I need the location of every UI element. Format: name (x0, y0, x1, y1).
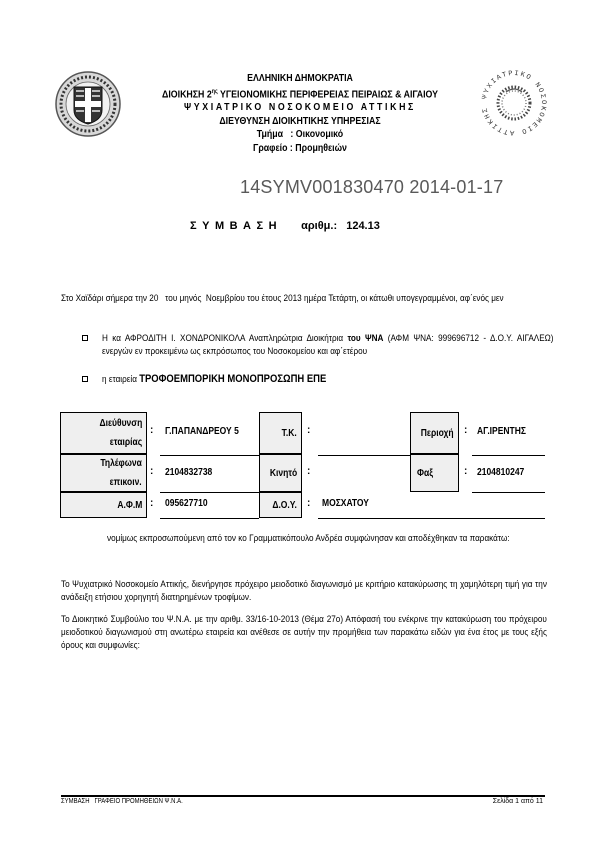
hospital-seal-icon: ΨΥΧΙΑΤΡΙΚΟ ΝΟΣΟΚΟΜΕΙΟ ΑΤΤΙΚΗΣ ✲ (478, 66, 550, 140)
bullet-square-icon (82, 376, 88, 382)
header-country: ΕΛΛΗΝΙΚΗ ΔΗΜΟΚΡΑΤΙΑ (142, 72, 459, 86)
vat-label-text: Α.Φ.Μ (117, 496, 142, 515)
row1-underline-address (160, 455, 259, 456)
party-hospital-bold: του ΨΝΑ (347, 333, 383, 344)
contract-title-word: ΣΥΜΒΑΣΗ (190, 220, 282, 232)
area-value: ΑΓ.ΙΡΕΝΤΗΣ (477, 426, 526, 437)
header-health-region-pre: ΔΙΟΙΚΗΣΗ 2 (162, 89, 212, 100)
ada-code: 14SYMV001830470 2014-01-17 (240, 177, 503, 198)
address-label-line1: Διεύθυνση (99, 414, 142, 433)
document-header: ΕΛΛΗΝΙΚΗ ΔΗΜΟΚΡΑΤΙΑ ΔΙΟΙΚΗΣΗ 2ης ΥΓΕΙΟΝΟ… (120, 72, 480, 155)
vat-value: 095627710 (165, 498, 208, 509)
area-label: Περιοχή (410, 412, 459, 454)
party-company-pre: η εταιρεία (102, 374, 139, 385)
postcode-colon: : (307, 425, 310, 436)
footer-left-text: ΣΥΜΒΑΣΗ ΓΡΑΦΕΙΟ ΠΡΟΜΗΘΕΙΩΝ Ψ.Ν.Α. (61, 798, 183, 805)
postcode-label: Τ.Κ. (259, 412, 302, 454)
header-department: Τμήμα : Οικονομικό (142, 128, 459, 142)
tax-office-colon: : (307, 498, 310, 509)
fax-label-text: Φαξ (417, 464, 433, 483)
phone-colon: : (150, 466, 153, 477)
intro-paragraph: Στο Χαϊδάρι σήμερα την 20 του μηνός Νοεμ… (61, 292, 547, 305)
party-hospital-text: Η κα ΑΦΡΟΔΙΤΗ Ι. ΧΟΝΔΡΟΝΙΚΟΛΑ Αναπληρώτρ… (102, 332, 554, 358)
phone-label-line1: Τηλέφωνα (100, 454, 142, 473)
footer-divider (61, 795, 545, 797)
header-directorate: ΔΙΕΥΘΥΝΣΗ ΔΙΟΙΚΗΤΙΚΗΣ ΥΠΗΡΕΣΙΑΣ (142, 115, 459, 129)
contract-number-label: αριθμ.: (301, 220, 337, 232)
fax-label: Φαξ (410, 454, 459, 492)
decision-paragraph: Το Διοικητικό Συμβούλιο του Ψ.Ν.Α. με τη… (61, 613, 547, 652)
row3-underline-vat (160, 518, 259, 519)
phone-label-line2: επικοιν. (110, 473, 142, 492)
tax-office-label: Δ.Ο.Υ. (259, 492, 302, 518)
fax-colon: : (464, 466, 467, 477)
row1-underline-postcode (318, 455, 410, 456)
address-colon: : (150, 425, 153, 436)
vat-colon: : (150, 498, 153, 509)
bullet-square-icon (82, 335, 88, 341)
area-colon: : (464, 425, 467, 436)
row1-underline-area (472, 455, 545, 456)
greek-state-emblem-icon (54, 70, 122, 138)
svg-text:ΨΥΧΙΑΤΡΙΚΟ ΝΟΣΟΚΟΜΕΙΟ ΑΤΤΙΚΗΣ: ΨΥΧΙΑΤΡΙΚΟ ΝΟΣΟΚΟΜΕΙΟ ΑΤΤΙΚΗΣ ✲ (478, 66, 547, 136)
tender-paragraph: Το Ψυχιατρικό Νοσοκομείο Αττικής, διενήρ… (61, 578, 547, 604)
row2-underline-phone (160, 492, 259, 493)
row2-underline-fax (472, 492, 545, 493)
page-number: Σελίδα 1 από 11 (493, 798, 543, 805)
header-hospital-name: ΨΥΧΙΑΤΡΙΚΟ ΝΟΣΟΚΟΜΕΙΟ ΑΤΤΙΚΗΣ (142, 101, 459, 115)
mobile-label-text: Κινητό (270, 464, 297, 483)
company-name: ΤΡΟΦΟΕΜΠΟΡΙΚΗ ΜΟΝΟΠΡΟΣΩΠΗ ΕΠΕ (139, 373, 326, 385)
phone-value: 2104832738 (165, 467, 212, 478)
vat-label: Α.Φ.Μ (60, 492, 147, 518)
header-office: Γραφείο : Προμηθειών (142, 142, 459, 156)
tax-office-value: ΜΟΣΧΑΤΟΥ (322, 498, 369, 509)
representation-paragraph: νομίμως εκπροσωπούμενη από τον κο Γραμμα… (107, 532, 554, 545)
phone-label: Τηλέφωνα επικοιν. (60, 454, 147, 492)
party-hospital-pre: Η κα ΑΦΡΟΔΙΤΗ Ι. ΧΟΝΔΡΟΝΙΚΟΛΑ Αναπληρώτρ… (102, 333, 347, 344)
contract-number: 124.13 (346, 220, 380, 232)
header-health-region-post: ΥΓΕΙΟΝΟΜΙΚΗΣ ΠΕΡΙΦΕΡΕΙΑΣ ΠΕΙΡΑΙΩΣ & ΑΙΓΑ… (218, 89, 438, 100)
mobile-label: Κινητό (259, 454, 302, 492)
address-label: Διεύθυνση εταιρίας (60, 412, 147, 454)
row3-underline-tax-office (318, 518, 545, 519)
area-label-text: Περιοχή (421, 424, 454, 443)
postcode-label-text: Τ.Κ. (282, 424, 297, 443)
party-company-text: η εταιρεία ΤΡΟΦΟΕΜΠΟΡΙΚΗ ΜΟΝΟΠΡΟΣΩΠΗ ΕΠΕ (102, 373, 446, 386)
address-label-line2: εταιρίας (110, 433, 142, 452)
contract-title: ΣΥΜΒΑΣΗ αριθμ.: 124.13 (190, 220, 380, 232)
fax-value: 2104810247 (477, 467, 524, 478)
tax-office-label-text: Δ.Ο.Υ. (272, 496, 297, 515)
mobile-colon: : (307, 466, 310, 477)
header-health-region: ΔΙΟΙΚΗΣΗ 2ης ΥΓΕΙΟΝΟΜΙΚΗΣ ΠΕΡΙΦΕΡΕΙΑΣ ΠΕ… (142, 86, 459, 102)
address-value: Γ.ΠΑΠΑΝΔΡΕΟΥ 5 (165, 426, 239, 437)
